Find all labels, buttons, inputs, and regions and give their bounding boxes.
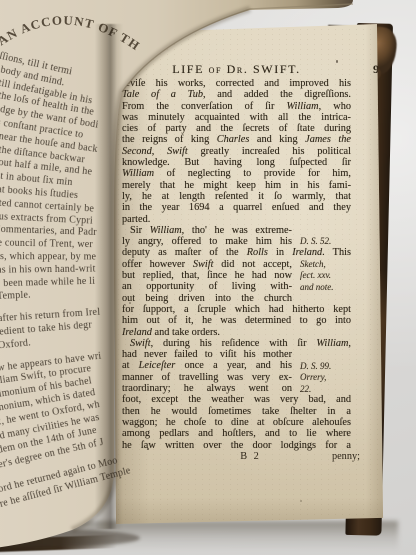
paper-speck (147, 448, 149, 450)
paper-speck (300, 500, 302, 502)
paper-speck (336, 60, 338, 63)
book-photo: LIFE of Dr. SWIFT. 9 reviſe his works, c… (0, 0, 416, 555)
paper-speck (129, 302, 131, 304)
left-page: AN ACCOUNT OF TH (0, 0, 416, 555)
left-page-sheet (0, 0, 353, 548)
